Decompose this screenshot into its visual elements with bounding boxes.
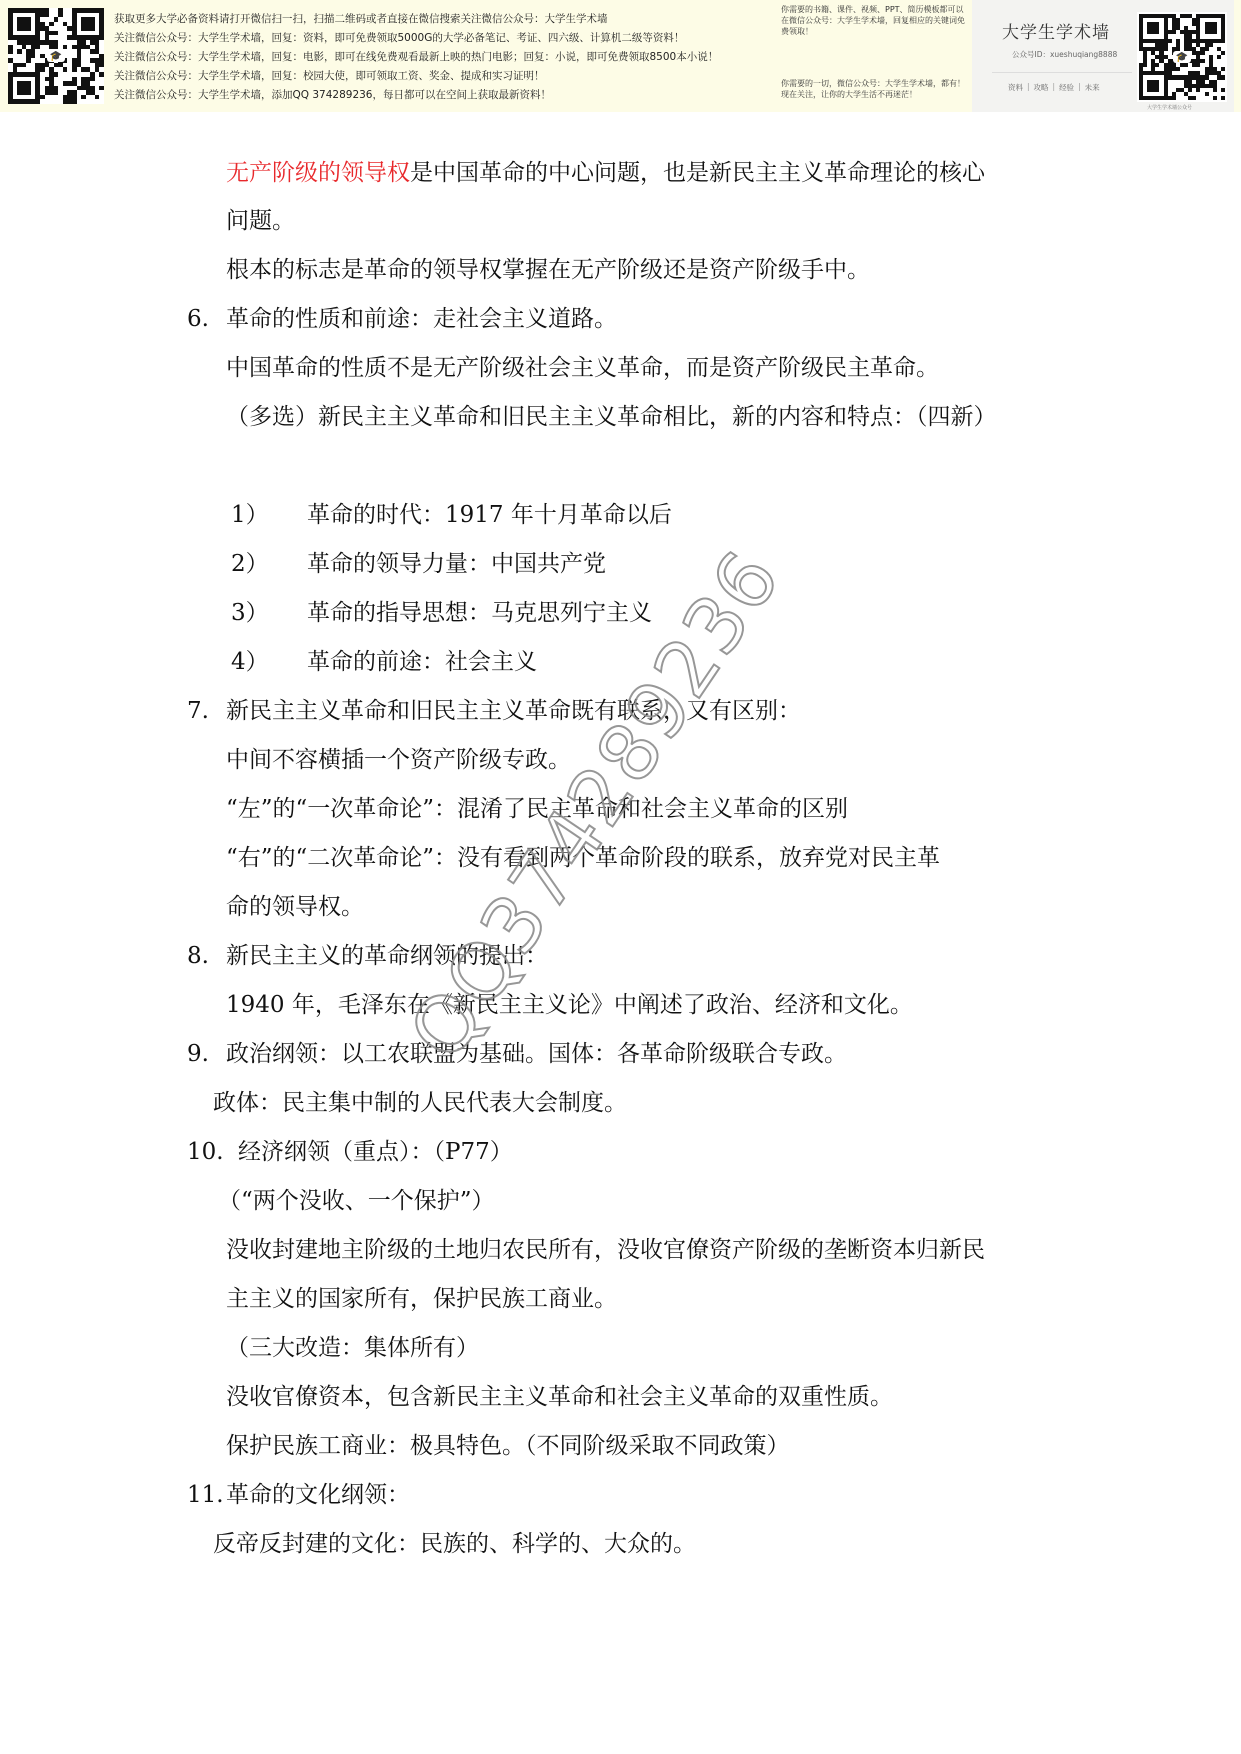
banner-text: 获取更多大学必备资料请打开微信扫一扫，扫描二维码或者直接在微信搜索关注微信公众号… — [114, 10, 774, 105]
banner-line: 关注微信公众号：大学生学术墙，添加QQ 374289236，每日都可以在空间上获… — [114, 86, 774, 105]
section-number: 8. — [187, 941, 209, 971]
list-number: 4） — [231, 647, 269, 677]
section-title: 新民主主义革命和旧民主主义革命既有联系，又有区别： — [226, 696, 801, 726]
brand-id: 公众号ID：xueshuqiang8888 — [1012, 49, 1117, 60]
brand-nav-item: 经验 — [1059, 82, 1074, 93]
paragraph: 主主义的国家所有，保护民族工商业。 — [226, 1284, 617, 1314]
separator: | — [1027, 82, 1030, 93]
section-number: 10. — [187, 1137, 224, 1167]
banner-mid-text: 你需要的书籍、课件、视频、PPT、简历模板都可以在微信公众号：大学生学术墙，回复… — [781, 4, 971, 100]
brand-nav: 资料| 攻略| 经验| 未来 — [1008, 82, 1100, 93]
promo-banner: 🎓 获取更多大学必备资料请打开微信扫一扫，扫描二维码或者直接在微信搜索关注微信公… — [0, 0, 1241, 112]
section-number: 11. — [187, 1480, 224, 1510]
paragraph: （多选）新民主主义革命和旧民主主义革命相比，新的内容和特点：（四新） — [226, 402, 997, 432]
paragraph: 1940 年，毛泽东在《新民主主义论》中阐述了政治、经济和文化。 — [226, 990, 913, 1020]
list-item: 革命的前途：社会主义 — [307, 647, 537, 677]
banner-line: 获取更多大学必备资料请打开微信扫一扫，扫描二维码或者直接在微信搜索关注微信公众号… — [114, 10, 774, 29]
section-title: 革命的文化纲领： — [226, 1480, 410, 1510]
section-number: 6. — [187, 304, 209, 334]
separator: | — [1053, 82, 1056, 93]
banner-mid-bottom: 你需要的一切，微信公众号：大学生学术墙，都有！现在关注，让你的大学生活不再迷茫！ — [781, 78, 971, 100]
highlight-text: 无产阶级的领导权 — [226, 160, 410, 186]
paragraph: 没收官僚资本，包含新民主主义革命和社会主义革命的双重性质。 — [226, 1382, 893, 1412]
banner-line: 关注微信公众号：大学生学术墙，回复：资料，即可免费领取5000G的大学必备笔记、… — [114, 29, 774, 48]
paragraph: 命的领导权。 — [226, 892, 364, 922]
divider — [992, 72, 1132, 73]
intro-line-1: 无产阶级的领导权是中国革命的中心问题，也是新民主主义革命理论的核心 — [226, 158, 985, 188]
paragraph: “左”的“一次革命论”：混淆了民主革命和社会主义革命的区别 — [226, 794, 848, 824]
banner-line: 关注微信公众号：大学生学术墙，回复：校园大使，即可领取工资、奖金、提成和实习证明… — [114, 67, 774, 86]
list-number: 1） — [231, 500, 269, 530]
list-item: 革命的指导思想：马克思列宁主义 — [307, 598, 652, 628]
brand-nav-item: 未来 — [1085, 82, 1100, 93]
paragraph: （三大改造：集体所有） — [226, 1333, 479, 1363]
paragraph: 反帝反封建的文化：民族的、科学的、大众的。 — [213, 1529, 696, 1559]
list-number: 2） — [231, 549, 269, 579]
brand-nav-item: 攻略 — [1034, 82, 1049, 93]
intro-line-2: 问题。 — [226, 206, 295, 236]
graduation-cap-icon: 🎓 — [47, 50, 65, 62]
brand-name: 大学生学术墙 — [1002, 18, 1110, 43]
qr-code-right: 🎓 — [1137, 12, 1227, 102]
banner-mid-top: 你需要的书籍、课件、视频、PPT、简历模板都可以在微信公众号：大学生学术墙，回复… — [781, 4, 971, 37]
section-title: 新民主主义的革命纲领的提出： — [226, 941, 548, 971]
paragraph: （“两个没收、一个保护”） — [218, 1186, 495, 1216]
paragraph: 政体：民主集中制的人民代表大会制度。 — [213, 1088, 627, 1118]
paragraph: 中国革命的性质不是无产阶级社会主义革命，而是资产阶级民主革命。 — [226, 353, 939, 383]
list-number: 3） — [231, 598, 269, 628]
graduation-cap-icon: 🎓 — [1173, 51, 1191, 63]
qr-caption: 大学生学术墙公众号 — [1147, 104, 1192, 111]
paragraph: 没收封建地主阶级的土地归农民所有，没收官僚资产阶级的垄断资本归新民 — [226, 1235, 985, 1265]
section-title: 政治纲领：以工农联盟为基础。国体：各革命阶级联合专政。 — [226, 1039, 847, 1069]
brand-nav-item: 资料 — [1008, 82, 1023, 93]
intro-line-3: 根本的标志是革命的领导权掌握在无产阶级还是资产阶级手中。 — [226, 255, 870, 285]
text: 是中国革命的中心问题，也是新民主主义革命理论的核心 — [410, 160, 985, 186]
paragraph: 中间不容横插一个资产阶级专政。 — [226, 745, 571, 775]
qr-code-left: 🎓 — [8, 8, 104, 104]
paragraph: 保护民族工商业：极具特色。（不同阶级采取不同政策） — [226, 1431, 790, 1461]
banner-line: 关注微信公众号：大学生学术墙，回复：电影，即可在线免费观看最新上映的热门电影；回… — [114, 48, 774, 67]
section-number: 7. — [187, 696, 209, 726]
section-title: 经济纲领（重点）：（P77） — [238, 1137, 513, 1167]
separator: | — [1078, 82, 1081, 93]
list-item: 革命的领导力量：中国共产党 — [307, 549, 606, 579]
paragraph: “右”的“二次革命论”：没有看到两个革命阶段的联系，放弃党对民主革 — [226, 843, 940, 873]
section-title: 革命的性质和前途：走社会主义道路。 — [226, 304, 617, 334]
section-number: 9. — [187, 1039, 209, 1069]
list-item: 革命的时代：1917 年十月革命以后 — [307, 500, 672, 530]
